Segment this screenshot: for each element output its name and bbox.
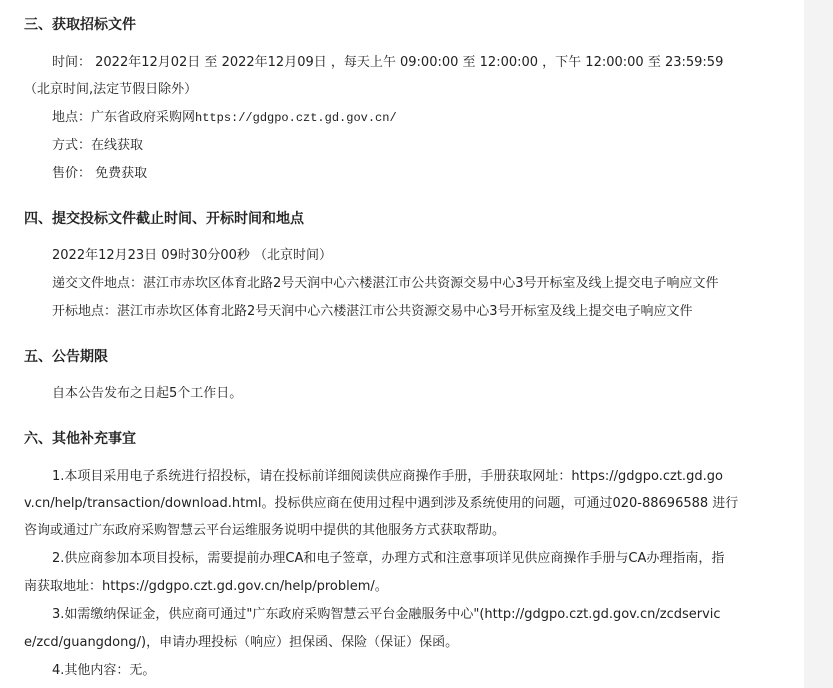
- obtain-time: 时间： 2022年12月02日 至 2022年12月09日 ，每天上午 09:0…: [52, 54, 723, 72]
- scrollbar-track[interactable]: [804, 0, 833, 688]
- item4: 4.其他内容：无。: [52, 662, 155, 680]
- section-heading-submission: 四、提交投标文件截止时间、开标时间和地点: [24, 210, 304, 228]
- item1-line3: 咨询或通过广东政府采购智慧云平台运维服务说明中提供的其他服务方式获取帮助。: [24, 522, 505, 540]
- submission-deadline: 2022年12月23日 09时30分00秒 （北京时间）: [52, 247, 332, 265]
- location-label: 地点：广东省政府采购网: [52, 110, 195, 125]
- document-content: 三、获取招标文件 时间： 2022年12月02日 至 2022年12月09日 ，…: [0, 0, 804, 688]
- opening-location: 开标地点：湛江市赤坎区体育北路2号天润中心六楼湛江市公共资源交易中心3号开标室及…: [52, 303, 693, 321]
- submission-location: 递交文件地点：湛江市赤坎区体育北路2号天润中心六楼湛江市公共资源交易中心3号开标…: [52, 275, 719, 293]
- section-heading-obtain-docs: 三、获取招标文件: [24, 16, 136, 34]
- item3-line2: e/zcd/guangdong/)，申请办理投标（响应）担保函、保险（保证）保函…: [24, 634, 458, 652]
- item2-line1: 2.供应商参加本项目投标，需要提前办理CA和电子签章，办理方式和注意事项详见供应…: [52, 550, 724, 568]
- obtain-price: 售价： 免费获取: [52, 165, 147, 183]
- item2-line2: 南获取地址：https://gdgpo.czt.gd.gov.cn/help/p…: [24, 578, 388, 596]
- location-link[interactable]: https://gdgpo.czt.gd.gov.cn/: [195, 111, 397, 125]
- section-heading-other-matters: 六、其他补充事宜: [24, 430, 136, 448]
- obtain-location: 地点：广东省政府采购网https://gdgpo.czt.gd.gov.cn/: [52, 109, 397, 127]
- item1-line1: 1.本项目采用电子系统进行招投标，请在投标前详细阅读供应商操作手册，手册获取网址…: [52, 468, 723, 486]
- section-heading-notice-period: 五、公告期限: [24, 348, 108, 366]
- item1-line2: v.cn/help/transaction/download.html。投标供应…: [24, 495, 738, 513]
- obtain-method: 方式：在线获取: [52, 137, 143, 155]
- obtain-time-note: （北京时间,法定节假日除外）: [24, 81, 197, 99]
- item3-line1: 3.如需缴纳保证金，供应商可通过"广东政府采购智慧云平台金融服务中心"(http…: [52, 606, 721, 624]
- notice-period-text: 自本公告发布之日起5个工作日。: [52, 385, 242, 403]
